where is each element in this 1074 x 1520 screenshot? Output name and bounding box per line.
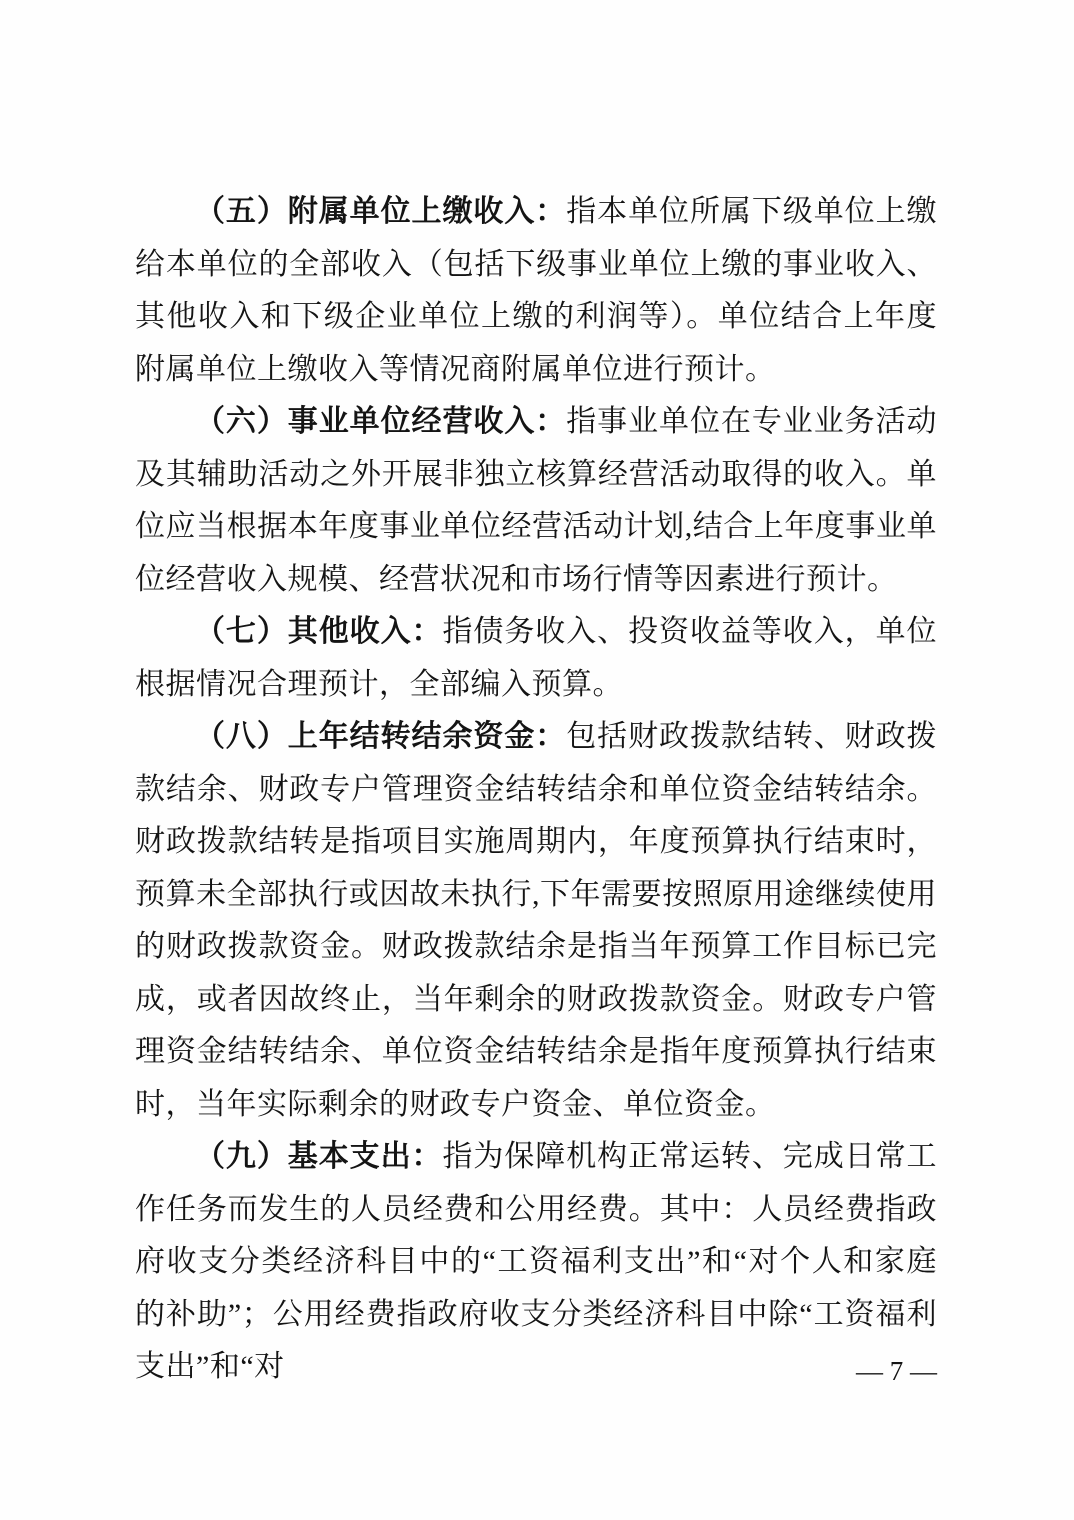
page-number: — 7 —	[856, 1356, 937, 1386]
document-page: （五）附属单位上缴收入：指本单位所属下级单位上缴给本单位的全部收入（包括下级事业…	[0, 0, 1074, 1520]
paragraph-item-8: （八）上年结转结余资金：包括财政拨款结转、财政拨款结余、财政专户管理资金结转结余…	[135, 711, 937, 1131]
paragraph-heading: （五）附属单位上缴收入：	[195, 195, 566, 228]
paragraph-heading: （六）事业单位经营收入：	[195, 405, 566, 438]
paragraph-item-5: （五）附属单位上缴收入：指本单位所属下级单位上缴给本单位的全部收入（包括下级事业…	[135, 186, 937, 396]
paragraph-item-7: （七）其他收入：指债务收入、投资收益等收入，单位根据情况合理预计，全部编入预算。	[135, 606, 937, 711]
paragraph-heading: （九）基本支出：	[195, 1140, 442, 1173]
paragraph-text: 包括财政拨款结转、财政拨款结余、财政专户管理资金结转结余和单位资金结转结余。财政…	[135, 720, 937, 1121]
paragraph-item-9: （九）基本支出：指为保障机构正常运转、完成日常工作任务而发生的人员经费和公用经费…	[135, 1131, 937, 1394]
paragraph-text: 指为保障机构正常运转、完成日常工作任务而发生的人员经费和公用经费。其中：人员经费…	[135, 1140, 937, 1383]
paragraph-item-6: （六）事业单位经营收入：指事业单位在专业业务活动及其辅助活动之外开展非独立核算经…	[135, 396, 937, 606]
document-body: （五）附属单位上缴收入：指本单位所属下级单位上缴给本单位的全部收入（包括下级事业…	[135, 186, 937, 1394]
paragraph-heading: （八）上年结转结余资金：	[195, 720, 566, 753]
paragraph-heading: （七）其他收入：	[195, 615, 442, 648]
page-footer: — 7 —	[856, 1356, 937, 1386]
